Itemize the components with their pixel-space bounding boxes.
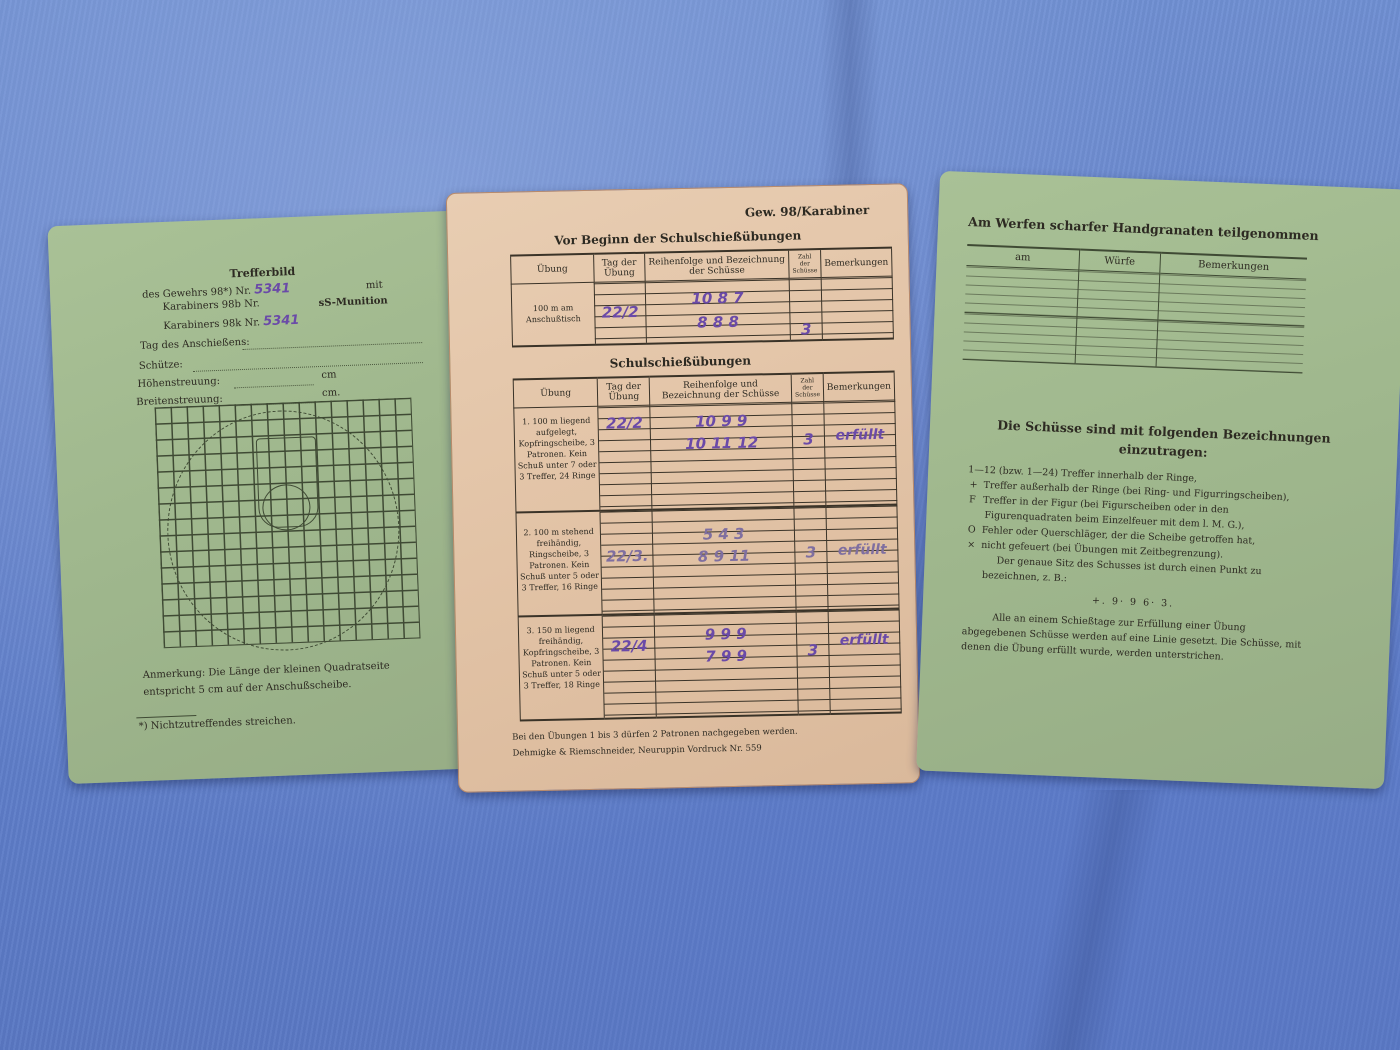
- grid-note: Anmerkung: Die Länge der kleinen Quadrat…: [142, 656, 443, 701]
- shooting-exercises-page: Gew. 98/Karabiner Vor Beginn der Schulsc…: [446, 183, 920, 793]
- plus-symbol-icon: +: [969, 477, 984, 493]
- table-row: 100 m am Anschußtisch 22/2 10 8 78 8 8 3: [511, 276, 893, 346]
- date-field-line: [242, 342, 422, 350]
- table-row: 1. 100 m liegend aufgelegt, Kopfringsche…: [514, 400, 897, 512]
- section-pre-exercises: Vor Beginn der Schulschießübungen: [448, 226, 908, 250]
- shooter-field-line: [193, 362, 423, 372]
- grenade-table: am Würfe Bemerkungen: [963, 244, 1307, 374]
- pre-exercises-table: Übung Tag der Übung Reihenfolge und Beze…: [510, 247, 894, 347]
- rifle-number-98k: 5341: [263, 313, 300, 329]
- width-unit: cm.: [322, 387, 341, 399]
- cloth-fold: [1022, 790, 1167, 1050]
- legend-body: 1—12 (bzw. 1—24) Treffer innerhalb der R…: [961, 462, 1308, 667]
- remark-cell: erfüllt: [824, 400, 897, 505]
- shots-cell: 10 9 910 11 12: [650, 402, 794, 509]
- table-row: 2. 100 m stehend freihändig, Ringscheibe…: [516, 504, 899, 616]
- grenade-and-legend-page: Am Werfen scharfer Handgranaten teilgeno…: [916, 171, 1400, 789]
- count-cell: 3: [794, 506, 828, 611]
- cross-symbol-icon: ×: [967, 537, 982, 553]
- date-cell: 22/2: [598, 405, 652, 510]
- remark-cell: erfüllt: [826, 504, 899, 609]
- target-grid: [154, 398, 420, 649]
- col-count: Zahl der Schüsse: [791, 373, 824, 402]
- col-shots: Reihenfolge und Bezeichnung der Schüsse: [645, 250, 790, 282]
- date-field-label: Tag des Anschießens:: [140, 337, 250, 352]
- col-remarks: Bemerkungen: [820, 248, 892, 278]
- shots-cell: 9 9 97 9 9: [654, 610, 798, 717]
- col-count: Zahl der Schüsse: [789, 249, 822, 278]
- count-cell: 3: [796, 609, 830, 714]
- section-exercises: Schulschießübungen: [450, 350, 910, 374]
- with-label: mit: [366, 280, 383, 292]
- shooter-field-label: Schütze:: [139, 359, 183, 372]
- closing-instructions: Alle an einem Schießtage zur Erfüllung e…: [961, 609, 1303, 668]
- col-date: Tag der Übung: [593, 253, 645, 283]
- height-spread-label: Höhenstreuung:: [137, 376, 220, 390]
- col-shots: Reihenfolge und Bezeichnung der Schüsse: [649, 374, 791, 405]
- date-cell: 22/4: [603, 613, 657, 718]
- exercises-table: Übung Tag der Übung Reihenfolge und Beze…: [513, 371, 902, 721]
- target-pattern-page: Trefferbild des Gewehrs 98*) Nr. 5341 mi…: [47, 210, 494, 784]
- date-cell: 22/2: [594, 281, 646, 344]
- grenade-title: Am Werfen scharfer Handgranaten teilgeno…: [968, 214, 1319, 243]
- col-remarks: Bemerkungen: [823, 372, 895, 402]
- footnote: *) Nichtzutreffendes streichen.: [139, 715, 297, 732]
- shots-cell: 5 4 38 9 11: [652, 506, 796, 613]
- f-symbol-icon: F: [969, 492, 984, 508]
- date-cell: 22/3.: [600, 509, 654, 614]
- shots-cell: 10 8 78 8 8: [645, 278, 790, 343]
- table-row: 3. 150 m liegend freihändig, Kopfringsch…: [518, 608, 901, 720]
- rifle-label-98b: Karabiners 98b Nr.: [162, 298, 259, 313]
- exercise-cell: 100 m am Anschußtisch: [511, 282, 595, 346]
- height-unit: cm: [321, 369, 337, 381]
- exercise-cell: 1. 100 m liegend aufgelegt, Kopfringsche…: [514, 406, 601, 512]
- count-cell: 3: [792, 402, 826, 507]
- legend-heading: Die Schüsse sind mit folgenden Bezeichnu…: [969, 414, 1358, 468]
- footer-note: Bei den Übungen 1 bis 3 dürfen 2 Patrone…: [512, 727, 798, 743]
- printer-imprint: Dehmigke & Riemschneider, Neuruppin Vord…: [512, 743, 761, 758]
- exercise-cell: 3. 150 m liegend freihändig, Kopfringsch…: [518, 614, 605, 720]
- rifle-number: 5341: [254, 281, 291, 297]
- remark-cell: [821, 276, 893, 339]
- rifle-type-title: Gew. 98/Karabiner: [745, 203, 870, 220]
- ammo-label: sS-Munition: [318, 295, 388, 309]
- footnote-rule: [136, 715, 196, 718]
- col-exercise: Übung: [513, 378, 598, 408]
- height-spread-line: [234, 384, 314, 388]
- remark-cell: erfüllt: [828, 608, 901, 713]
- count-cell: 3: [789, 278, 822, 341]
- exercise-cell: 2. 100 m stehend freihändig, Ringscheibe…: [516, 510, 603, 616]
- col-exercise: Übung: [511, 254, 594, 284]
- circle-symbol-icon: O: [968, 522, 983, 538]
- rifle-label-98k: Karabiners 98k Nr.: [163, 317, 260, 332]
- col-date: Tag der Übung: [598, 377, 650, 407]
